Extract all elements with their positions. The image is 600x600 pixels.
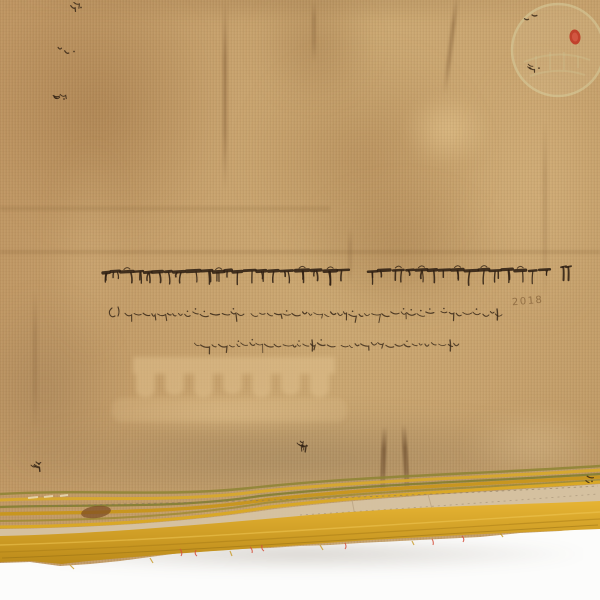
- photo-canvas: 2018: [0, 0, 600, 600]
- collection-watermark: [512, 4, 600, 96]
- pigment-bleed-through: [112, 357, 347, 422]
- ink-and-border-layer: [0, 0, 600, 600]
- hem-border: [0, 466, 600, 569]
- inscriptions: [103, 266, 571, 354]
